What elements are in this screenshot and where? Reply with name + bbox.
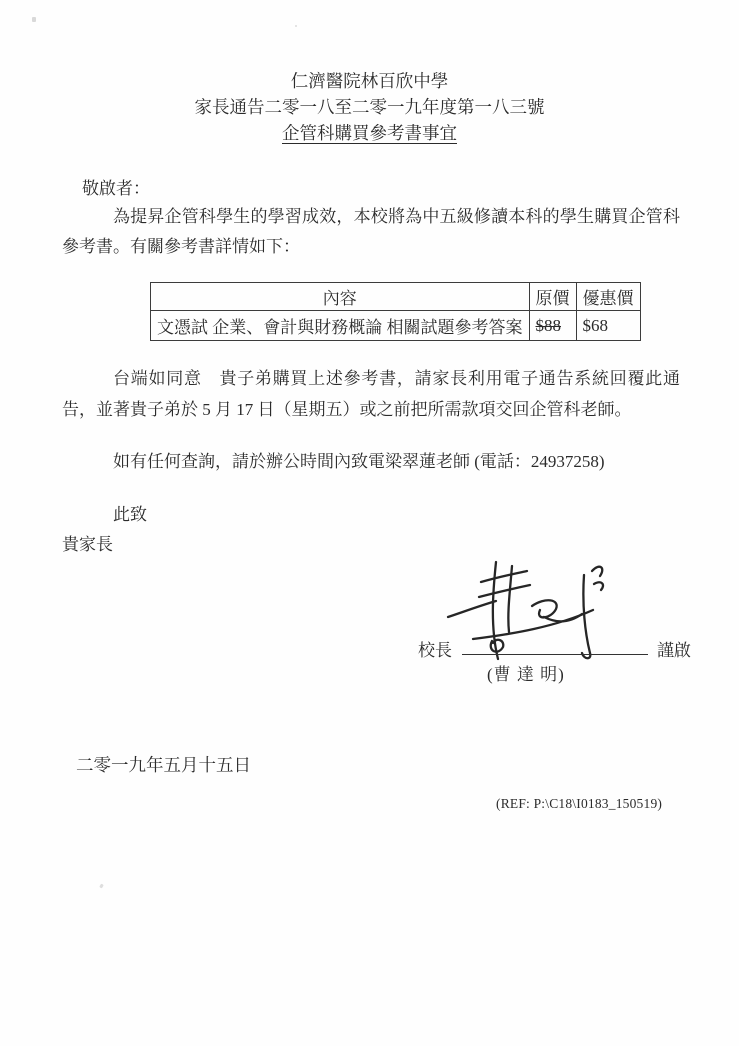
- table-header-row: 內容 原價 優惠價: [151, 283, 641, 311]
- paragraph-intro: 為提昇企管科學生的學習成效，本校將為中五級修讀本科的學生購買企管科參考書。有關參…: [62, 202, 680, 262]
- subject-title: 企管科購買參考書事宜: [0, 120, 739, 146]
- cell-discount-price: $68: [576, 311, 640, 341]
- paragraph-instruction: 台端如同意 貴子弟購買上述參考書，請家長利用電子通告系統回覆此通告，並著貴子弟於…: [62, 363, 680, 425]
- letter-header: 仁濟醫院林百欣中學 家長通告二零一八至二零一九年度第一八三號 企管科購買參考書事…: [0, 68, 739, 146]
- scan-speck: [99, 884, 104, 889]
- closing-cizhi: 此致: [113, 500, 147, 525]
- principal-name: (曹 達 明): [487, 660, 565, 685]
- scan-speck: [295, 25, 297, 27]
- struck-price: $88: [536, 316, 562, 335]
- scanned-letter-page: 仁濟醫院林百欣中學 家長通告二零一八至二零一九年度第一八三號 企管科購買參考書事…: [0, 0, 739, 1046]
- closing-recipient: 貴家長: [62, 530, 113, 555]
- salutation: 敬啟者：: [82, 174, 150, 199]
- reference-code: (REF: P:\C18\I0183_150519): [496, 796, 662, 812]
- scan-speck: [32, 17, 36, 22]
- paragraph-enquiry: 如有任何查詢，請於辦公時間內致電梁翠蓮老師 (電話：24937258): [62, 447, 680, 477]
- col-header-original-price: 原價: [529, 283, 576, 311]
- cell-book-title: 文憑試 企業、會計與財務概論 相關試題參考答案: [151, 311, 530, 341]
- price-table: 內容 原價 優惠價 文憑試 企業、會計與財務概論 相關試題參考答案 $88 $6…: [150, 282, 641, 341]
- principal-signature: [443, 553, 618, 665]
- cell-original-price: $88: [529, 311, 576, 341]
- notice-number-line: 家長通告二零一八至二零一九年度第一八三號: [0, 94, 739, 120]
- letter-date: 二零一九年五月十五日: [76, 752, 251, 777]
- signature-line: [462, 654, 648, 655]
- col-header-content: 內容: [151, 283, 530, 311]
- col-header-discount-price: 優惠價: [576, 283, 640, 311]
- respectfully-label: 謹啟: [657, 636, 691, 661]
- table-row: 文憑試 企業、會計與財務概論 相關試題參考答案 $88 $68: [151, 311, 641, 341]
- school-name: 仁濟醫院林百欣中學: [0, 68, 739, 94]
